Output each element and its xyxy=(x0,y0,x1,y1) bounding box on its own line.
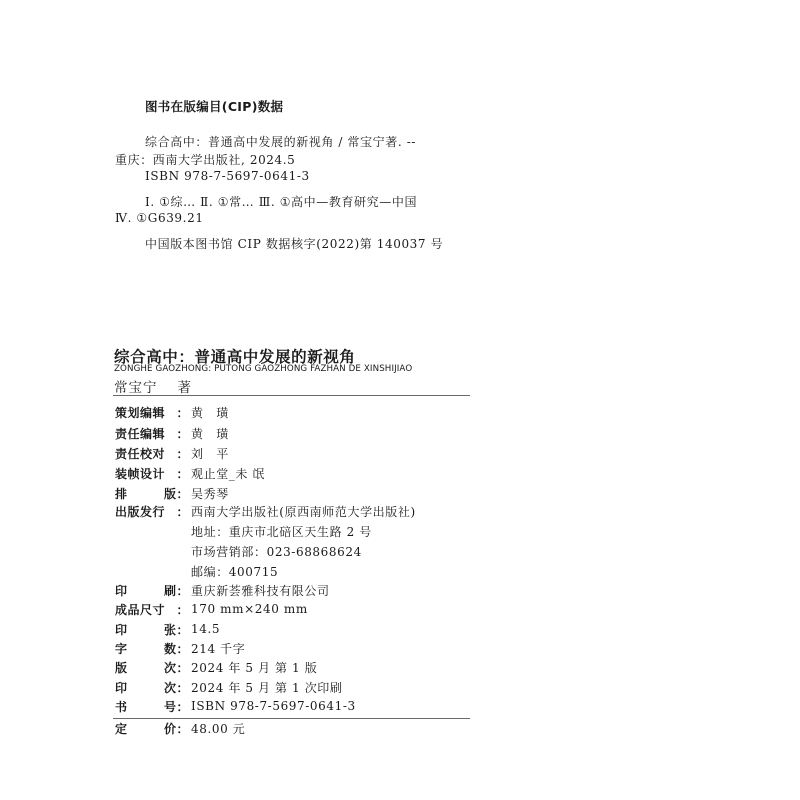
credit-label: 版 xyxy=(115,659,128,676)
credit-row-edition: 版次： 2024 年 5 月 第 1 版 xyxy=(115,657,317,677)
cip-heading: 图书在版编目(CIP)数据 xyxy=(145,97,283,115)
credit-value: 黄 璜 xyxy=(189,404,229,421)
author-role: 著 xyxy=(178,380,193,396)
credit-row-responsible-editor: 责任编辑： 黄 璜 xyxy=(115,423,229,443)
credit-value: 观止堂_未 氓 xyxy=(189,465,265,482)
credit-row-printing: 印次： 2024 年 5 月 第 1 次印刷 xyxy=(115,677,343,697)
credit-row-cover-design: 装帧设计： 观止堂_未 氓 xyxy=(115,463,265,483)
credit-value: 吴秀琴 xyxy=(189,485,229,502)
credit-label: 书 xyxy=(115,698,128,715)
cip-record-number: 中国版本图书馆 CIP 数据核字(2022)第 140037 号 xyxy=(145,235,443,252)
credit-value: 重庆新荟雅科技有限公司 xyxy=(189,582,330,599)
credit-label: 印 xyxy=(115,679,128,696)
credit-label: 字 xyxy=(115,640,128,657)
credit-value: 2024 年 5 月 第 1 次印刷 xyxy=(189,679,343,696)
cip-publisher-line: 重庆：西南大学出版社, 2024.5 xyxy=(115,151,295,168)
credit-label: 印 xyxy=(115,582,128,599)
credit-label: 排 xyxy=(115,485,128,502)
credit-label: 印 xyxy=(115,621,128,638)
credit-row-word-count: 字数： 214 千字 xyxy=(115,638,245,658)
credit-row-price: 定价： 48.00 元 xyxy=(115,718,245,738)
credit-value: 214 千字 xyxy=(189,640,245,657)
credit-row-isbn: 书号： ISBN 978-7-5697-0641-3 xyxy=(115,696,356,716)
cip-classification-line: Ⅳ. ①G639.21 xyxy=(115,211,204,225)
credit-value: 刘 平 xyxy=(189,445,229,462)
credit-row-printer: 印刷： 重庆新荟雅科技有限公司 xyxy=(115,580,330,600)
credit-value: 14.5 xyxy=(189,622,220,636)
credit-value: 西南大学出版社(原西南师范大学出版社) xyxy=(189,503,416,520)
cip-subject-line: Ⅰ. ①综… Ⅱ. ①常… Ⅲ. ①高中—教育研究—中国 xyxy=(145,193,417,210)
credit-value: 2024 年 5 月 第 1 版 xyxy=(189,659,317,676)
credit-row-proofreader: 责任校对： 刘 平 xyxy=(115,443,229,463)
credit-label: 出版发行 xyxy=(115,503,176,520)
credit-row-publisher: 出版发行： 西南大学出版社(原西南师范大学出版社) xyxy=(115,501,416,521)
credit-value: 黄 璜 xyxy=(189,425,229,442)
credit-label: 责任编辑 xyxy=(115,425,176,442)
publisher-marketing-phone: 市场营销部：023-68868624 xyxy=(191,543,362,560)
credit-row-sheets: 印张： 14.5 xyxy=(115,619,220,639)
credit-row-planning-editor: 策划编辑： 黄 璜 xyxy=(115,402,229,422)
credit-label: 责任校对 xyxy=(115,445,176,462)
credit-value: ISBN 978-7-5697-0641-3 xyxy=(189,699,356,713)
credit-row-trim-size: 成品尺寸： 170 mm×240 mm xyxy=(115,599,308,619)
publisher-address: 地址：重庆市北碚区天生路 2 号 xyxy=(191,523,372,540)
book-title-pinyin: ZONGHE GAOZHONG: PUTONG GAOZHONG FAZHAN … xyxy=(114,364,412,374)
cip-isbn-line: ISBN 978-7-5697-0641-3 xyxy=(145,169,310,183)
credit-value: 48.00 元 xyxy=(189,720,245,737)
credit-label: 成品尺寸 xyxy=(115,601,176,618)
cip-title-line: 综合高中：普通高中发展的新视角 / 常宝宁著. -- xyxy=(145,133,416,150)
credit-label: 策划编辑 xyxy=(115,404,176,421)
book-author-line: 常宝宁著 xyxy=(114,376,192,396)
credit-row-typesetting: 排版： 吴秀琴 xyxy=(115,483,229,503)
credit-value: 170 mm×240 mm xyxy=(189,602,308,616)
publisher-postcode: 邮编：400715 xyxy=(191,563,278,580)
divider-top xyxy=(113,395,470,396)
credit-label: 装帧设计 xyxy=(115,465,176,482)
author-name: 常宝宁 xyxy=(114,380,158,396)
credit-label: 定 xyxy=(115,720,128,737)
